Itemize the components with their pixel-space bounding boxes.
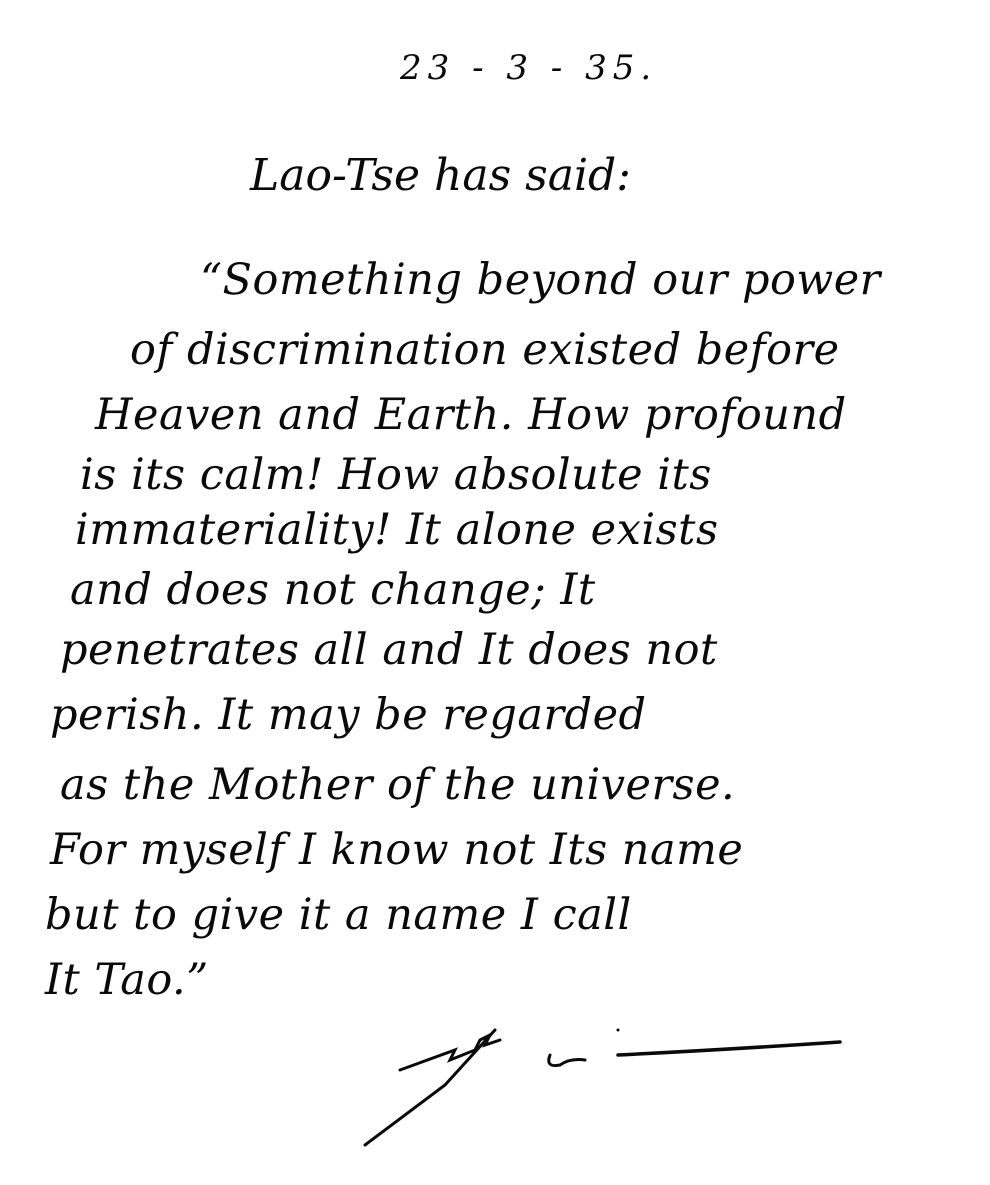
quote-line: perish. It may be regarded [50, 690, 647, 740]
quote-line: For myself I know not Its name [50, 825, 743, 875]
letter-heading: Lao-Tse has said: [250, 150, 631, 201]
signature-icon [360, 1010, 860, 1150]
quote-line: immateriality! It alone exists [75, 505, 719, 555]
quote-line: but to give it a name I call [45, 890, 632, 940]
quote-line: Heaven and Earth. How profound [95, 390, 847, 440]
quote-line: It Tao.” [45, 955, 209, 1005]
quote-line: is its calm! How absolute its [80, 450, 712, 500]
quote-line: and does not change; It [70, 565, 596, 615]
quote-line: as the Mother of the universe. [60, 760, 735, 810]
quote-line: of discrimination existed before [130, 325, 840, 375]
quote-line: penetrates all and It does not [60, 625, 718, 675]
letter-date: 23 - 3 - 35. [400, 48, 657, 88]
quote-line: “Something beyond our power [200, 255, 881, 305]
